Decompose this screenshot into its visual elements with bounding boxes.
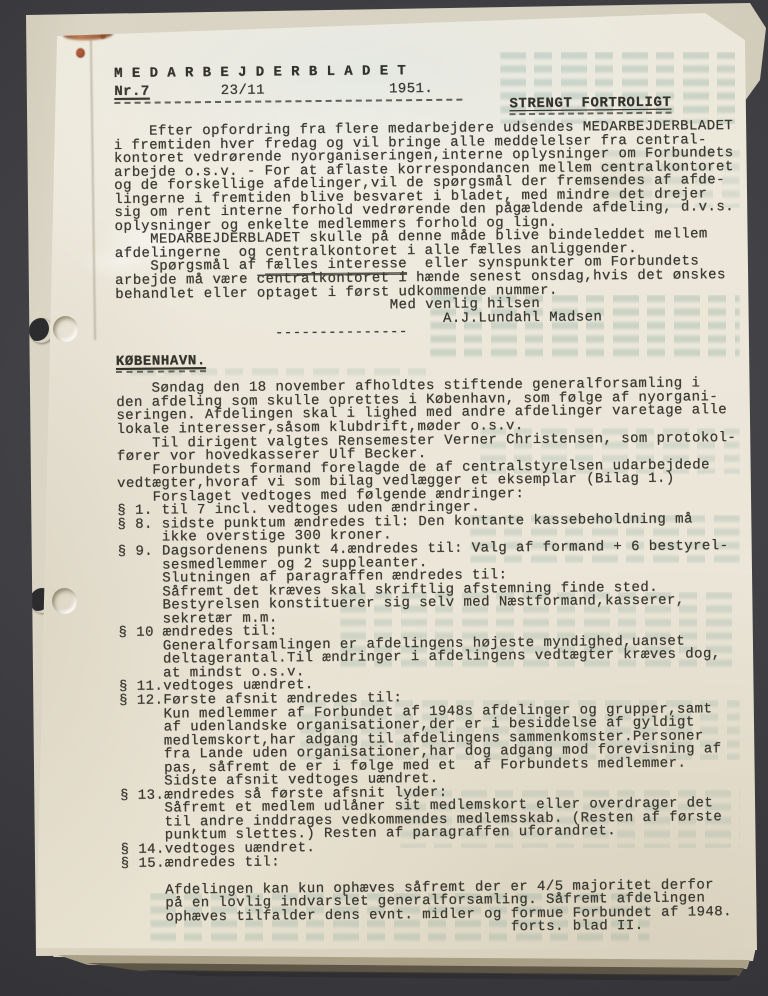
punch-hole-emboss-bottom: [52, 588, 77, 614]
heading-text: KØBENHAVN.: [116, 353, 206, 373]
paper-crease: [90, 40, 96, 340]
punch-hole-top: [29, 318, 53, 343]
punch-hole-emboss-top: [53, 316, 78, 342]
classification-stamp: STRENGT FORTROLIGT: [509, 95, 671, 116]
document-page: M E D A R B E J D E R B L A D E T Nr.723…: [0, 0, 768, 996]
rust-stain-fleck: [100, 34, 106, 39]
page-title: M E D A R B E J D E R B L A D E T: [114, 63, 406, 82]
text-line: forts. blad II.: [121, 919, 768, 939]
typewritten-text: M E D A R B E J D E R B L A D E T Nr.723…: [112, 0, 768, 996]
issue-year: 1951.: [389, 81, 433, 97]
issue-line: Nr.723/111951.: [114, 81, 462, 104]
scanned-document-photo: { "document": { "title": "M E D A R B E …: [0, 0, 768, 996]
issue-number: Nr.7: [114, 84, 150, 100]
rust-stain-dot: [76, 48, 85, 58]
issue-date: 23/11: [221, 83, 265, 99]
body-text: Efter opfordring fra flere medarbejdere …: [114, 120, 768, 939]
